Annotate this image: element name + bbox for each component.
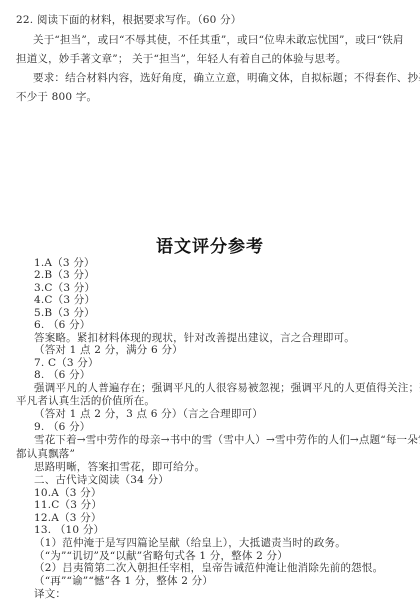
answer-line: （答对 1 点 2 分，3 点 6 分）（言之合理即可） xyxy=(34,407,263,421)
answer-line: （“再”“谕”“憾”各 1 分，整体 2 分） xyxy=(34,574,213,588)
answer-line: 强调平凡的人普遍存在；强调平凡的人很容易被忽视；强调平凡的人更值得关注；强调 xyxy=(34,381,420,395)
requirement-text-line-2: 不少于 800 字。 xyxy=(16,90,97,104)
answer-line: 雪花下着→雪中劳作的母亲→书中的雪（雪中人）→雪中劳作的人们→点题“每一朵雪花 xyxy=(34,433,420,447)
answer-line: 思路明晰，答案扣雪花，即可给分。 xyxy=(34,460,205,474)
answer-line: 都认真飘落” xyxy=(16,447,75,461)
answer-line: （答对 1 点 2 分，满分 6 分） xyxy=(34,343,183,357)
material-text-line-1: 关于“担当”，或曰“不辱其使，不任其重”，或曰“位卑未敢忘忧国”，或曰“铁肩 xyxy=(33,33,404,47)
answer-line: 4.C（3 分） xyxy=(34,293,95,307)
requirement-text-line-1: 要求：结合材料内容，选好角度，确立立意，明确文体，自拟标题；不得套作、抄袭， xyxy=(33,71,420,85)
answer-line: 译文： xyxy=(34,587,66,601)
answer-line: （2）吕夷简第二次入朝担任宰相，皇帝告诫范仲淹让他消除先前的怨恨。 xyxy=(34,561,383,575)
answer-line: 平凡者认真生活的价值所在。 xyxy=(16,394,155,408)
answer-line: 13. （10 分） xyxy=(34,523,104,537)
answer-line: 9. （6 分） xyxy=(34,420,90,434)
answer-line: 6. （6 分） xyxy=(34,318,90,332)
answer-line: 2.B（3 分） xyxy=(34,268,95,282)
answer-line: （1）范仲淹于是写四篇论呈献（给皇上），大抵谴责当时的政务。 xyxy=(34,536,346,550)
answer-line: 二、古代诗文阅读（34 分） xyxy=(34,473,169,487)
question-22-heading: 22. 阅读下面的材料，根据要求写作。（60 分） xyxy=(16,13,241,27)
answer-line: 11.C（3 分） xyxy=(34,498,102,512)
answer-key-title: 语文评分参考 xyxy=(0,232,420,257)
material-text-line-2: 担道义，妙手著文章”； 关于“担当”，年轻人有着自己的体验与思考。 xyxy=(16,52,347,66)
answer-line: 8. （6 分） xyxy=(34,368,90,382)
